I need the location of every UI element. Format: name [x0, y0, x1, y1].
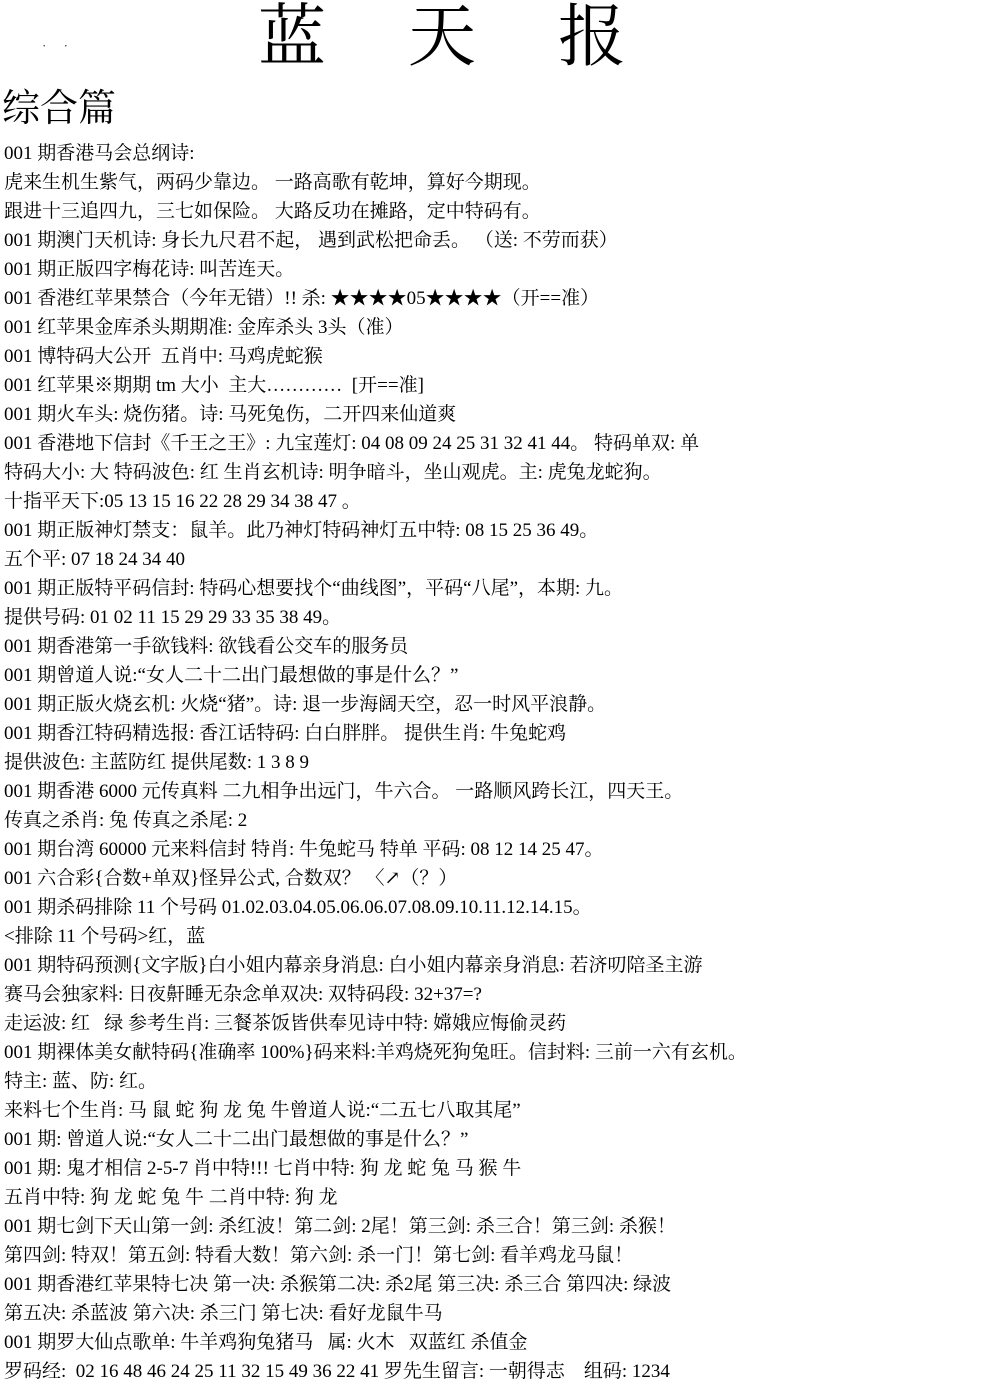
report-line: 001 期台湾 60000 元来料信封 特肖: 牛兔蛇马 特单 平码: 08 1… [4, 835, 980, 864]
report-line: 001 期香江特码精选报: 香江话特码: 白白胖胖。 提供生肖: 牛兔蛇鸡 [4, 719, 980, 748]
report-line: 001 期七剑下天山第一剑: 杀红波！第二剑: 2尾！第三剑: 杀三合！第三剑:… [4, 1212, 980, 1241]
report-line: 001 期正版特平码信封: 特码心想要找个“曲线图”，平码“八尾”，本期: 九。 [4, 574, 980, 603]
report-line: 001 期特码预测{文字版}白小姐内幕亲身消息: 白小姐内幕亲身消息: 若济叨陪… [4, 951, 980, 980]
report-line: 提供波色: 主蓝防红 提供尾数: 1 3 8 9 [4, 748, 980, 777]
report-line: 来料七个生肖: 马 鼠 蛇 狗 龙 兔 牛曾道人说:“二五七八取其尾” [4, 1096, 980, 1125]
page-title: 蓝天报 [258, 0, 708, 75]
report-line: 001 博特码大公开 五肖中: 马鸡虎蛇猴 [4, 342, 980, 371]
report-line: 十指平天下:05 13 15 16 22 28 29 34 38 47 。 [4, 487, 980, 516]
report-line: 罗码经: 02 16 48 46 24 25 11 32 15 49 36 22… [4, 1357, 980, 1386]
report-line: 跟进十三追四九，三七如保险。 大路反功在摊路，定中特码有。 [4, 197, 980, 226]
report-line: 001 期裸体美女献特码{准确率 100%}码来料:羊鸡烧死狗兔旺。信封料: 三… [4, 1038, 980, 1067]
report-line: 特码大小: 大 特码波色: 红 生肖玄机诗: 明争暗斗，坐山观虎。主: 虎兔龙蛇… [4, 458, 980, 487]
report-line: 特主: 蓝、防: 红。 [4, 1067, 980, 1096]
report-line: 赛马会独家料: 日夜鼾睡无杂念单双决: 双特码段: 32+37=? [4, 980, 980, 1009]
report-line: 第五决: 杀蓝波 第六决: 杀三门 第七决: 看好龙鼠牛马 [4, 1299, 980, 1328]
report-line: 001 期香港第一手欲钱料: 欲钱看公交车的服务员 [4, 632, 980, 661]
report-line: 第四剑: 特双！第五剑: 特看大数！第六剑: 杀一门！第七剑: 看羊鸡龙马鼠！ [4, 1241, 980, 1270]
report-line: 001 红苹果金库杀头期期准: 金库杀头 3头（准） [4, 313, 980, 342]
report-line: 001 六合彩{合数+单双}怪异公式, 合数双？ 〈↗（？） [4, 864, 980, 893]
report-line: 001 期曾道人说:“女人二十二出门最想做的事是什么？” [4, 661, 980, 690]
section-header: 综合篇 [2, 86, 116, 134]
report-line: 001 期罗大仙点歌单: 牛羊鸡狗兔猪马 属: 火木 双蓝红 杀值金 [4, 1328, 980, 1357]
lottery-tipsheet-page: · · 蓝天报 综合篇 001 期香港马会总纲诗:虎来生机生紫气，两码少靠边。 … [0, 0, 982, 1388]
report-line: 001 期正版神灯禁支：鼠羊。此乃神灯特码神灯五中特: 08 15 25 36 … [4, 516, 980, 545]
report-line: 传真之杀肖: 兔 传真之杀尾: 2 [4, 806, 980, 835]
report-line: <排除 11 个号码>红，蓝 [4, 922, 980, 951]
report-line: 001 期杀码排除 11 个号码 01.02.03.04.05.06.06.07… [4, 893, 980, 922]
report-line: 虎来生机生紫气，两码少靠边。 一路高歌有乾坤，算好今期现。 [4, 168, 980, 197]
scan-artifact-dots: · · [42, 38, 75, 54]
report-line: 001 期正版火烧玄机: 火烧“猪”。诗: 退一步海阔天空，忍一时风平浪静。 [4, 690, 980, 719]
report-line: 001 红苹果※期期 tm 大小 主大………… [开==准] [4, 371, 980, 400]
report-line: 001 期香港马会总纲诗: [4, 139, 980, 168]
report-line: 001 香港地下信封《千王之王》: 九宝莲灯: 04 08 09 24 25 3… [4, 429, 980, 458]
report-line: 001 期香港红苹果特七决 第一决: 杀猴第二决: 杀2尾 第三决: 杀三合 第… [4, 1270, 980, 1299]
report-line: 001 期: 鬼才相信 2-5-7 肖中特!!! 七肖中特: 狗 龙 蛇 兔 马… [4, 1154, 980, 1183]
report-line: 001 期火车头: 烧伤猪。诗: 马死兔伤，二开四来仙道爽 [4, 400, 980, 429]
report-line: 提供号码: 01 02 11 15 29 29 33 35 38 49。 [4, 603, 980, 632]
report-line: 五肖中特: 狗 龙 蛇 兔 牛 二肖中特: 狗 龙 [4, 1183, 980, 1212]
report-line: 走运波: 红 绿 参考生肖: 三餐茶饭皆供奉见诗中特: 嫦娥应悔偷灵药 [4, 1009, 980, 1038]
report-line: 001 期澳门天机诗: 身长九尺君不起， 遇到武松把命丢。 （送: 不劳而获） [4, 226, 980, 255]
report-line: 001 期正版四字梅花诗: 叫苦连天。 [4, 255, 980, 284]
report-line: 001 香港红苹果禁合（今年无错）!! 杀: ★★★★05★★★★（开==准） [4, 284, 980, 313]
report-line: 001 期: 曾道人说:“女人二十二出门最想做的事是什么？” [4, 1125, 980, 1154]
report-line: 五个平: 07 18 24 34 40 [4, 545, 980, 574]
report-lines: 001 期香港马会总纲诗:虎来生机生紫气，两码少靠边。 一路高歌有乾坤，算好今期… [4, 139, 980, 1386]
report-line: 001 期香港 6000 元传真料 二九相争出远门，牛六合。 一路顺风跨长江，四… [4, 777, 980, 806]
